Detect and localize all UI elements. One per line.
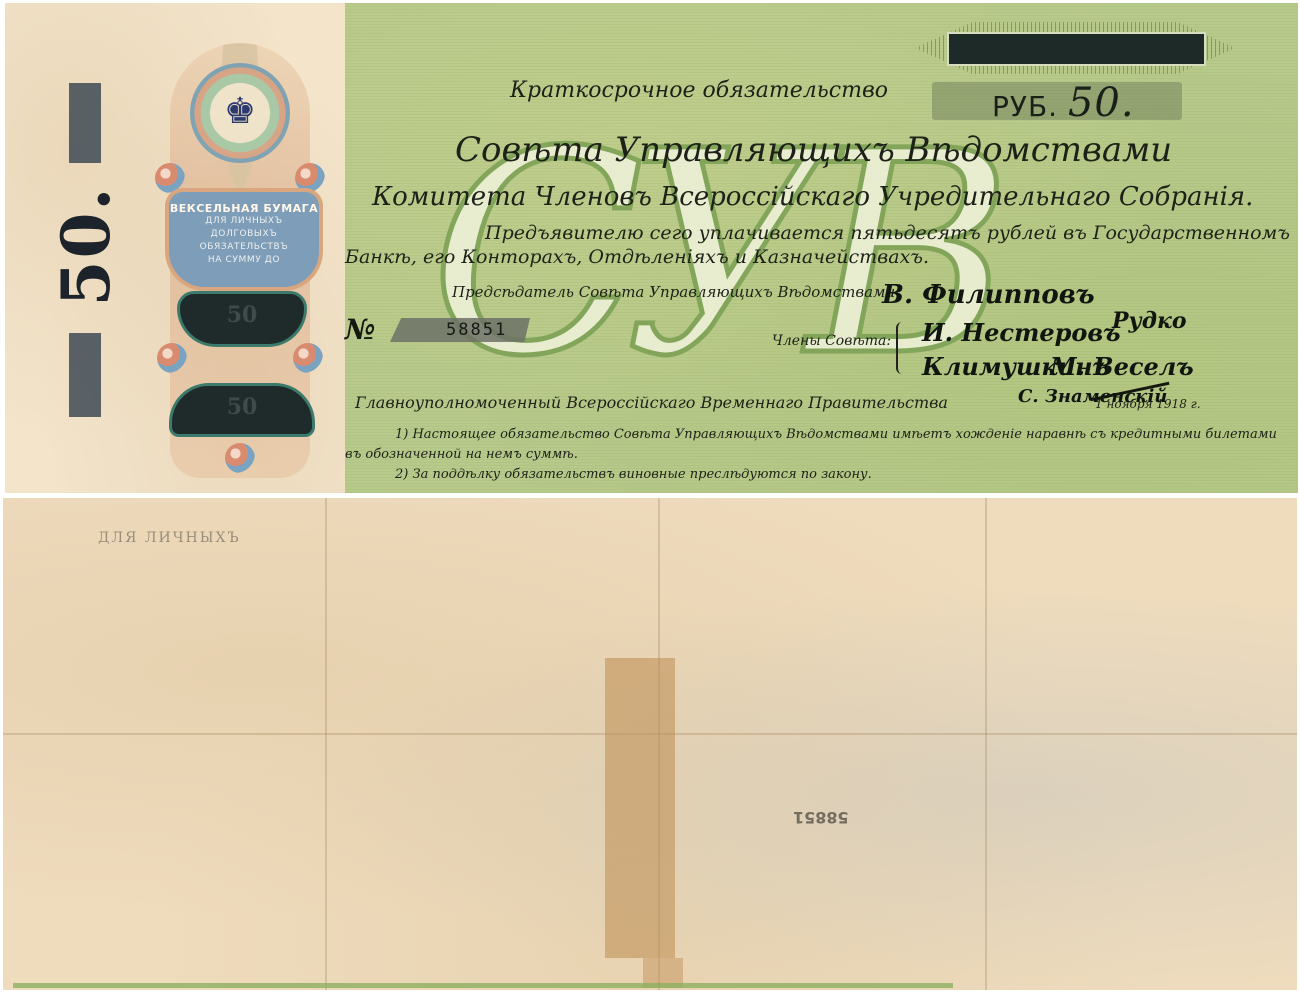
vertical-denomination: 50. — [43, 83, 123, 413]
double-headed-eagle-icon: ♚ — [220, 88, 260, 136]
signature-member: М. Веселъ — [1050, 352, 1194, 381]
denomination-text: 50. — [51, 161, 121, 331]
denomination-bar-top — [69, 83, 101, 163]
left-ornament-panel: 50. ♚ ВЕКСЕЛЬНАЯ БУМАГА ДЛЯ ЛИЧНЫХЪ ДОЛГ… — [5, 3, 345, 493]
amount-value: 50. — [1068, 80, 1135, 126]
fold-line — [325, 498, 327, 990]
note-1-line2: въ обозначенной на немъ суммѣ. — [345, 447, 578, 462]
note-2: 2) За поддѣлку обязательствъ виновные пр… — [395, 467, 872, 482]
shield-line: ОБЯЗАТЕЛЬСТВЪ — [169, 241, 319, 254]
signature-plenipotentiary: С. Знаменскій — [1018, 386, 1167, 407]
green-edge-strip — [13, 983, 953, 988]
currency-label: РУБ. — [992, 90, 1058, 123]
payment-clause-line2: Банкѣ, его Конторахъ, Отдѣленіяхъ и Казн… — [345, 246, 929, 268]
plenipotentiary-label: Главноуполномоченный Всероссійскаго Врем… — [355, 393, 948, 412]
serial-label: № — [345, 313, 375, 346]
signature-chairman: В. Филипповъ — [882, 280, 1095, 310]
chairman-label: Предсѣдатель Совѣта Управляющихъ Вѣдомст… — [452, 283, 895, 301]
trefoil-flower-icon — [157, 343, 187, 373]
shield-title: ВЕКСЕЛЬНАЯ БУМАГА — [169, 202, 319, 215]
members-brace — [896, 322, 906, 374]
hidden-amount: 50 — [180, 302, 304, 328]
bleed-through-text: ДЛЯ ЛИЧНЫХЪ — [98, 530, 241, 546]
issuer-committee: Комитета Членовъ Всероссійскаго Учредите… — [372, 182, 1253, 212]
hidden-amount: 50 — [172, 394, 312, 420]
trefoil-flower-icon — [293, 343, 323, 373]
signature-member: И. Нестеровъ — [922, 318, 1121, 347]
cartouche-blackout-bar — [947, 32, 1206, 66]
shield-line: НА СУММУ ДО — [169, 254, 319, 267]
obscured-amount-patch: 50 — [177, 291, 307, 347]
bleed-through-serial: 58851 — [793, 808, 849, 827]
fold-line — [985, 498, 987, 990]
serial-number: 58851 — [446, 320, 507, 340]
shield-line: ДЛЯ ЛИЧНЫХЪ — [169, 215, 319, 228]
denomination-bar-bottom — [69, 333, 101, 417]
obscured-amount-patch: 50 — [169, 383, 315, 437]
signature-member: Рудко — [1112, 308, 1187, 334]
members-label: Члены Совѣта: — [772, 333, 891, 349]
top-cartouche — [915, 18, 1235, 78]
payment-clause-line1: Предъявителю сего уплачивается пятьдесят… — [485, 222, 1290, 244]
trefoil-flower-icon — [225, 443, 255, 473]
banknote-back: ДЛЯ ЛИЧНЫХЪ 58851 — [3, 498, 1297, 990]
ornamental-vignette: ♚ ВЕКСЕЛЬНАЯ БУМАГА ДЛЯ ЛИЧНЫХЪ ДОЛГОВЫХ… — [145, 43, 335, 483]
vignette-shield: ВЕКСЕЛЬНАЯ БУМАГА ДЛЯ ЛИЧНЫХЪ ДОЛГОВЫХЪ … — [165, 188, 323, 291]
issuer-council: Совѣта Управляющихъ Вѣдомствами — [455, 130, 1172, 170]
repair-tape — [605, 658, 675, 958]
amount-label: РУБ. 50. — [992, 80, 1135, 126]
shield-line: ДОЛГОВЫХЪ — [169, 228, 319, 241]
document-kind: Краткосрочное обязательство — [510, 78, 888, 103]
note-1-line1: 1) Настоящее обязательство Совѣта Управл… — [395, 427, 1277, 442]
